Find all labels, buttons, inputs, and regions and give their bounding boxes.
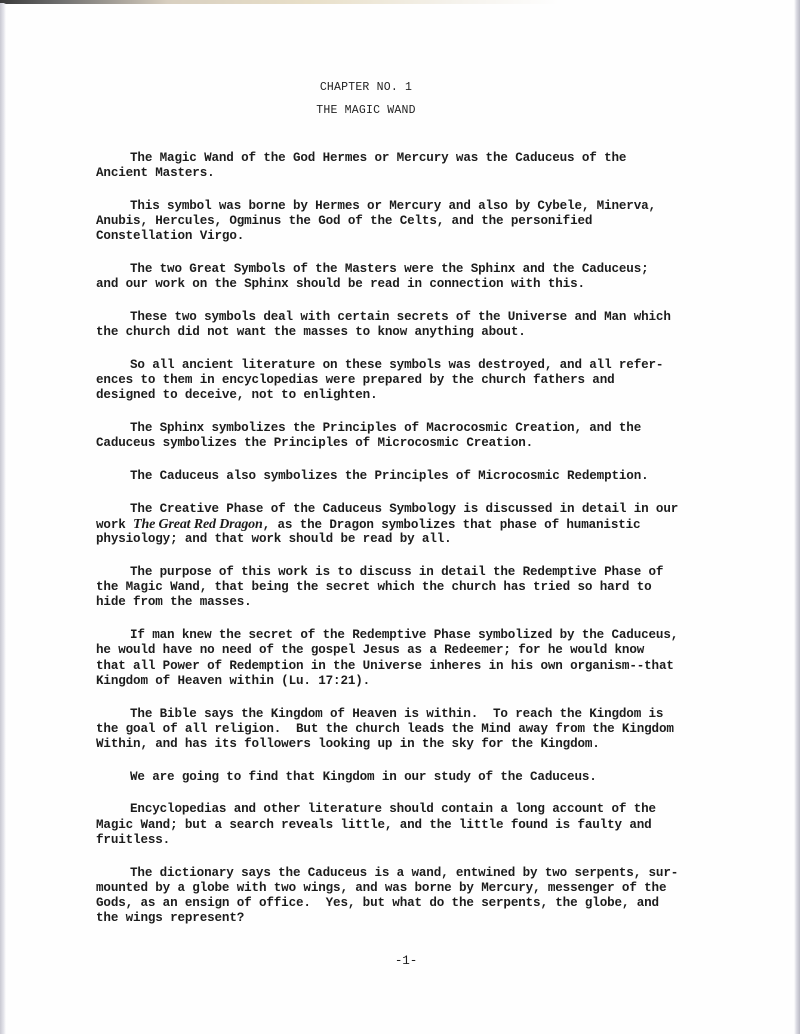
text-line: work The Great Red Dragon, as the Dragon… <box>96 517 736 532</box>
text-line: The Creative Phase of the Caduceus Symbo… <box>96 502 736 517</box>
text-line: the Magic Wand, that being the secret wh… <box>96 580 736 595</box>
text-line: ences to them in encyclopedias were prep… <box>96 373 736 388</box>
paragraph: The Bible says the Kingdom of Heaven is … <box>96 707 736 753</box>
text-line: Caduceus symbolizes the Principles of Mi… <box>96 436 736 451</box>
text-line: Anubis, Hercules, Ogminus the God of the… <box>96 214 736 229</box>
text-line: We are going to find that Kingdom in our… <box>96 770 736 785</box>
text-line: The purpose of this work is to discuss i… <box>96 565 736 580</box>
text-line: and our work on the Sphinx should be rea… <box>96 277 736 292</box>
text-line: physiology; and that work should be read… <box>96 532 736 547</box>
text-line: The dictionary says the Caduceus is a wa… <box>96 866 736 881</box>
paragraph: So all ancient literature on these symbo… <box>96 358 736 404</box>
paragraph: The purpose of this work is to discuss i… <box>96 565 736 611</box>
paragraph: The Sphinx symbolizes the Principles of … <box>96 421 736 452</box>
text-line: Encyclopedias and other literature shoul… <box>96 802 736 817</box>
paragraph: Encyclopedias and other literature shoul… <box>96 802 736 848</box>
text-line: The Sphinx symbolizes the Principles of … <box>96 421 736 436</box>
text-line: Constellation Virgo. <box>96 229 736 244</box>
text-line: Gods, as an ensign of office. Yes, but w… <box>96 896 736 911</box>
text-line: Magic Wand; but a search reveals little,… <box>96 818 736 833</box>
text-line: the goal of all religion. But the church… <box>96 722 736 737</box>
text-line: Kingdom of Heaven within (Lu. 17:21). <box>96 674 736 689</box>
scanned-page: CHAPTER NO. 1 THE MAGIC WAND The Magic W… <box>0 0 800 1034</box>
text-line: The Magic Wand of the God Hermes or Merc… <box>96 151 736 166</box>
text-line: The Bible says the Kingdom of Heaven is … <box>96 707 736 722</box>
text-line: This symbol was borne by Hermes or Mercu… <box>96 199 736 214</box>
paragraph: The Caduceus also symbolizes the Princip… <box>96 469 736 484</box>
paragraph: The two Great Symbols of the Masters wer… <box>96 262 736 293</box>
text-line: Ancient Masters. <box>96 166 736 181</box>
text-line: Within, and has its followers looking up… <box>96 737 736 752</box>
paragraph: This symbol was borne by Hermes or Mercu… <box>96 199 736 245</box>
chapter-title: THE MAGIC WAND <box>96 103 636 118</box>
text-line: fruitless. <box>96 833 736 848</box>
text-line: that all Power of Redemption in the Univ… <box>96 659 736 674</box>
text-line: hide from the masses. <box>96 595 736 610</box>
scan-edge-right <box>794 0 800 1034</box>
text-line: These two symbols deal with certain secr… <box>96 310 736 325</box>
text-line: designed to deceive, not to enlighten. <box>96 388 736 403</box>
text-line: If man knew the secret of the Redemptive… <box>96 628 736 643</box>
paragraph: We are going to find that Kingdom in our… <box>96 770 736 785</box>
paragraph: If man knew the secret of the Redemptive… <box>96 628 736 689</box>
page-number: -1- <box>96 954 716 969</box>
text-line: he would have no need of the gospel Jesu… <box>96 643 736 658</box>
book-title: The Great Red Dragon <box>133 517 263 532</box>
paragraph: The Magic Wand of the God Hermes or Merc… <box>96 151 736 182</box>
scan-edge-top <box>0 0 560 4</box>
text-line: mounted by a globe with two wings, and w… <box>96 881 736 896</box>
scan-edge-left <box>0 3 6 1034</box>
text-line: So all ancient literature on these symbo… <box>96 358 736 373</box>
text-line: the wings represent? <box>96 911 736 926</box>
text-line: The two Great Symbols of the Masters wer… <box>96 262 736 277</box>
paragraph: The dictionary says the Caduceus is a wa… <box>96 866 736 927</box>
paragraph: These two symbols deal with certain secr… <box>96 310 736 341</box>
text-line: the church did not want the masses to kn… <box>96 325 736 340</box>
paragraph: The Creative Phase of the Caduceus Symbo… <box>96 502 736 548</box>
chapter-heading: CHAPTER NO. 1 <box>96 80 636 95</box>
text-line: The Caduceus also symbolizes the Princip… <box>96 469 736 484</box>
